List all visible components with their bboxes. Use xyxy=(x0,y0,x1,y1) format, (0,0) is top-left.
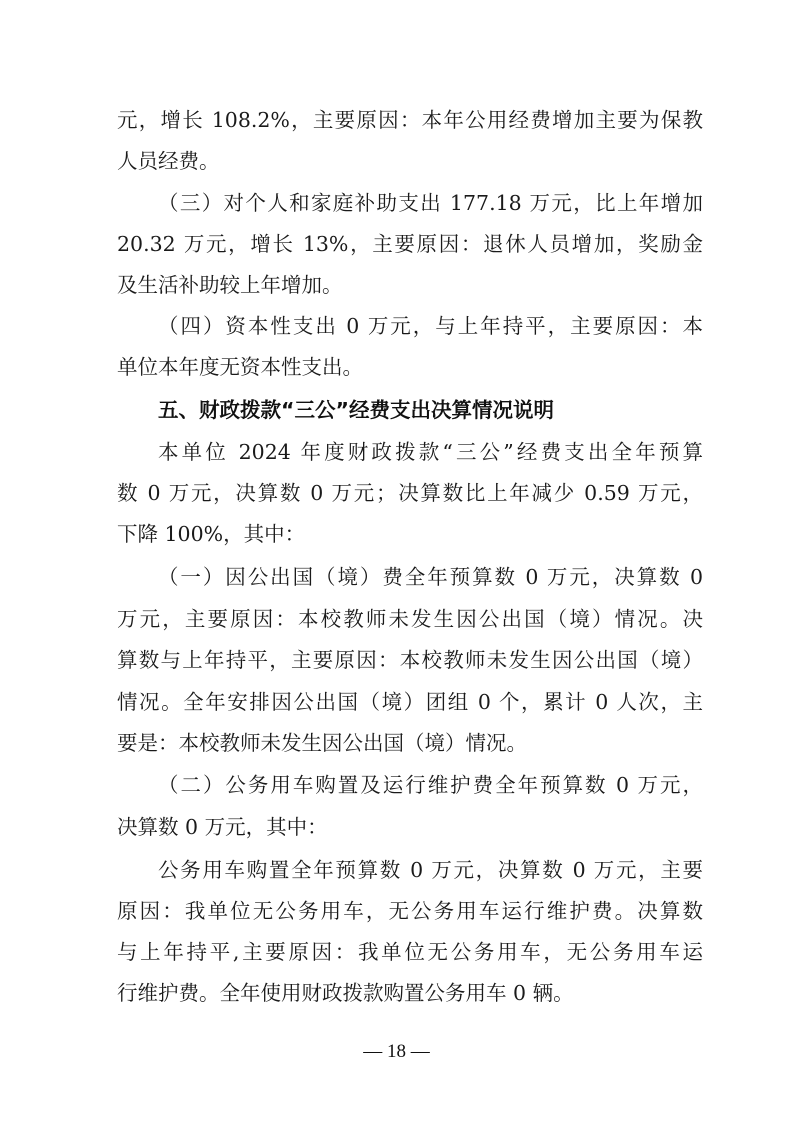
text-line: 数 0 万元，决算数 0 万元；决算数比上年减少 0.59 万元， xyxy=(117,478,703,508)
text-line: （一）因公出国（境）费全年预算数 0 万元，决算数 0 xyxy=(158,562,703,592)
text-line: 情况。全年安排因公出国（境）团组 0 个，累计 0 人次，主 xyxy=(117,687,703,717)
text-line: 算数与上年持平，主要原因：本校教师未发生因公出国（境） xyxy=(117,645,703,675)
page-number: — 18 — xyxy=(0,1041,793,1063)
text-line: 及生活补助较上年增加。 xyxy=(117,270,703,300)
text-line: （二）公务用车购置及运行维护费全年预算数 0 万元， xyxy=(158,770,703,800)
text-line: 决算数 0 万元，其中： xyxy=(117,812,703,842)
text-line: 下降 100%，其中： xyxy=(117,519,703,549)
text-line: （三）对个人和家庭补助支出 177.18 万元，比上年增加 xyxy=(158,188,703,218)
text-line: 元，增长 108.2%，主要原因：本年公用经费增加主要为保教 xyxy=(117,105,703,135)
text-line: 人员经费。 xyxy=(117,146,703,176)
section-heading: 五、财政拨款“三公”经费支出决算情况说明 xyxy=(158,395,554,425)
text-line: 原因：我单位无公务用车，无公务用车运行维护费。决算数 xyxy=(117,896,703,926)
text-line: （四）资本性支出 0 万元，与上年持平，主要原因：本 xyxy=(158,311,703,341)
text-line: 公务用车购置全年预算数 0 万元，决算数 0 万元，主要 xyxy=(158,855,703,885)
text-line: 与上年持平,主要原因：我单位无公务用车，无公务用车运 xyxy=(117,937,703,967)
text-line: 万元，主要原因：本校教师未发生因公出国（境）情况。决 xyxy=(117,604,703,634)
text-line: 单位本年度无资本性支出。 xyxy=(117,352,703,382)
text-line: 要是：本校教师未发生因公出国（境）情况。 xyxy=(117,728,703,758)
text-line: 行维护费。全年使用财政拨款购置公务用车 0 辆。 xyxy=(117,978,703,1008)
text-line: 本单位 2024 年度财政拨款“三公”经费支出全年预算 xyxy=(158,437,703,467)
document-page: 元，增长 108.2%，主要原因：本年公用经费增加主要为保教 人员经费。 （三）… xyxy=(0,0,793,1122)
text-line: 20.32 万元，增长 13%，主要原因：退休人员增加，奖励金 xyxy=(117,229,703,259)
